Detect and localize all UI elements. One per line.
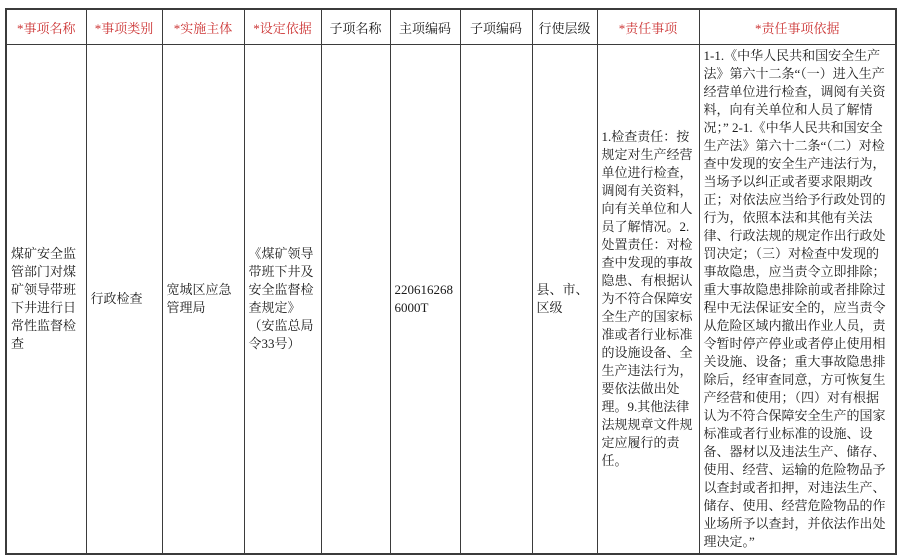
col-header-implementing-body: *实施主体 — [162, 9, 244, 45]
cell-main-item-code: 2206162686000T — [390, 45, 460, 555]
cell-item-category: 行政检查 — [86, 45, 162, 555]
cell-responsibility-items: 1.检查责任：按规定对生产经营单位进行检查，调阅有关资料，向有关单位和人员了解情… — [597, 45, 699, 555]
cell-sub-item-name — [321, 45, 390, 555]
col-header-exercise-level: 行使层级 — [532, 9, 597, 45]
col-header-item-category: *事项类别 — [86, 9, 162, 45]
table-row: 煤矿安全监管部门对煤矿领导带班下井进行日常性监督检查 行政检查 宽城区应急管理局… — [6, 45, 896, 555]
col-header-responsibility-basis: *责任事项依据 — [699, 9, 896, 45]
cell-exercise-level: 县、市、区级 — [532, 45, 597, 555]
col-header-setting-basis: *设定依据 — [244, 9, 321, 45]
col-header-item-name: *事项名称 — [6, 9, 86, 45]
responsibility-matrix-table: *事项名称 *事项类别 *实施主体 *设定依据 子项名称 主项编码 子项编码 行… — [5, 8, 897, 555]
cell-responsibility-basis: 1-1.《中华人民共和国安全生产法》第六十二条“（一）进入生产经营单位进行检查，… — [699, 45, 896, 555]
cell-setting-basis: 《煤矿领导带班下井及安全监督检查规定》（安监总局令33号） — [244, 45, 321, 555]
col-header-main-item-code: 主项编码 — [390, 9, 460, 45]
cell-implementing-body: 宽城区应急管理局 — [162, 45, 244, 555]
cell-sub-item-code — [460, 45, 532, 555]
header-row: *事项名称 *事项类别 *实施主体 *设定依据 子项名称 主项编码 子项编码 行… — [6, 9, 896, 45]
col-header-sub-item-name: 子项名称 — [321, 9, 390, 45]
cell-item-name: 煤矿安全监管部门对煤矿领导带班下井进行日常性监督检查 — [6, 45, 86, 555]
col-header-sub-item-code: 子项编码 — [460, 9, 532, 45]
col-header-responsibility-items: *责任事项 — [597, 9, 699, 45]
